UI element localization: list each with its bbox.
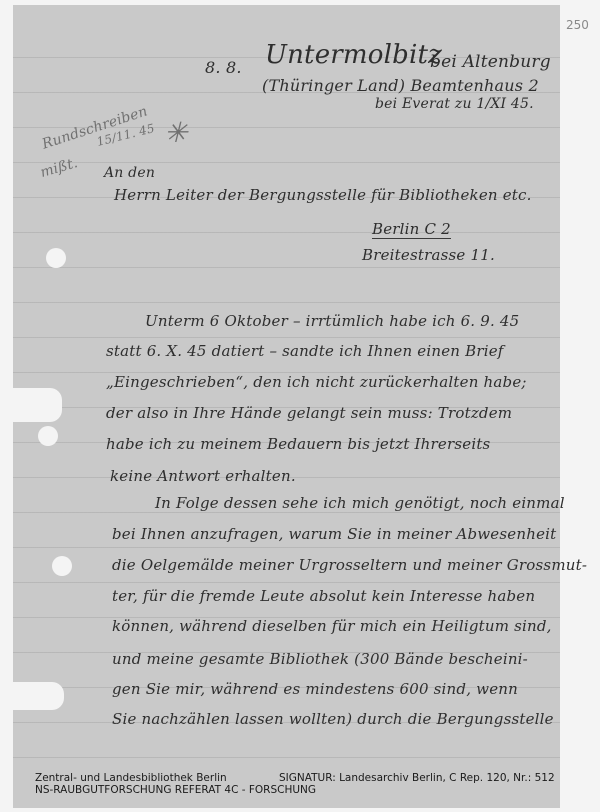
date-prefix: 8. 8. <box>205 58 242 77</box>
recipient-line-2: Herrn Leiter der Bergungsstelle für Bibl… <box>114 186 532 204</box>
archive-page-number: 250 <box>566 18 589 32</box>
institution-label: Zentral- und Landesbibliothek Berlin <box>35 772 227 784</box>
signature-label: SIGNATUR: Landesarchiv Berlin, C Rep. 12… <box>279 772 555 784</box>
place-name: Untermolbitz <box>265 40 442 70</box>
punch-hole <box>38 426 58 446</box>
body-line: keine Antwort erhalten. <box>110 467 296 485</box>
body-line: Unterm 6 Oktober – irrtümlich habe ich 6… <box>145 312 519 330</box>
paper-tear <box>0 388 62 422</box>
punch-hole <box>46 248 66 268</box>
recipient-line-1: An den <box>104 165 155 181</box>
body-line: „Eingeschrieben“, den ich nicht zurücker… <box>106 373 527 391</box>
paper-tear <box>0 682 64 710</box>
recipient-line-3: Berlin C 2 <box>372 220 451 239</box>
body-line: habe ich zu meinem Bedauern bis jetzt Ih… <box>106 435 490 453</box>
body-line: bei Ihnen anzufragen, warum Sie in meine… <box>112 525 556 543</box>
body-line: In Folge dessen sehe ich mich genötigt, … <box>155 494 565 512</box>
body-line: ter, für die fremde Leute absolut kein I… <box>112 587 535 605</box>
punch-hole <box>52 556 72 576</box>
body-line: statt 6. X. 45 datiert – sandte ich Ihne… <box>106 342 504 360</box>
department-label: NS-RAUBGUTFORSCHUNG REFERAT 4C - FORSCHU… <box>35 784 316 796</box>
body-line: die Oelgemälde meiner Urgrosseltern und … <box>112 556 587 574</box>
header-line-2: (Thüringer Land) Beamtenhaus 2 <box>262 76 539 95</box>
header-line-3: bei Everat zu 1/XI 45. <box>375 96 534 112</box>
body-line: können, während dieselben für mich ein H… <box>112 617 552 635</box>
pencil-mark: ✳ <box>164 116 188 149</box>
body-line: gen Sie mir, während es mindestens 600 s… <box>112 680 518 698</box>
body-line: und meine gesamte Bibliothek (300 Bände … <box>112 650 528 668</box>
body-line: Sie nachzählen lassen wollten) durch die… <box>112 710 554 728</box>
place-suffix: bei Altenburg <box>430 52 551 72</box>
body-line: der also in Ihre Hände gelangt sein muss… <box>106 404 512 422</box>
archive-caption: Zentral- und Landesbibliothek Berlin SIG… <box>13 770 560 808</box>
recipient-line-4: Breitestrasse 11. <box>362 246 495 264</box>
